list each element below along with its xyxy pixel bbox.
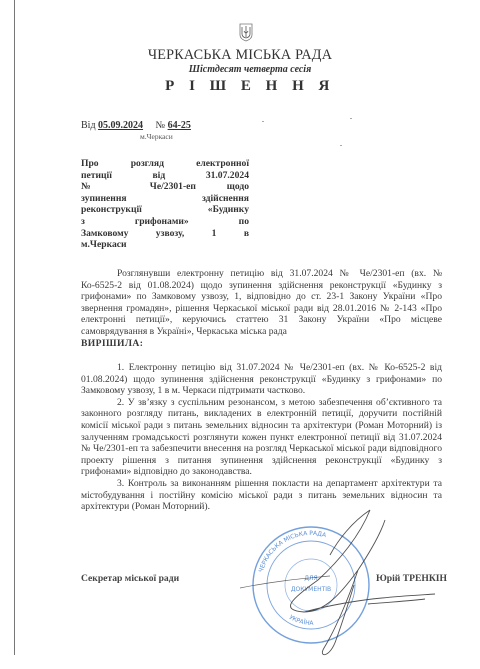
scan-edge-line [14, 0, 15, 655]
session-label: Шістдесят четверта сесія [0, 64, 480, 75]
subject-line: з грифонами» по [81, 216, 249, 228]
city-label: м.Черкаси [140, 132, 173, 141]
decision-number: 64-25 [168, 120, 191, 131]
decision-date: 05.09.2024 [98, 120, 143, 131]
subject-line: Про розгляд електронної [81, 158, 249, 170]
decision-item-2: 2. У зв’язку з суспільним резонансом, з … [81, 397, 442, 478]
number-prefix: № [156, 120, 166, 131]
decision-item-1: 1. Електронну петицію від 31.07.2024 № Ч… [81, 362, 442, 397]
dateline: Від 05.09.2024 № 64-25 [81, 120, 191, 131]
subject-line: м.Черкаси [81, 239, 249, 251]
subject-line: зупинення здійснення [81, 193, 249, 205]
preamble: Розглянувши електронну петицію від 31.07… [81, 268, 442, 349]
ukraine-trident-icon [239, 23, 253, 42]
council-name: ЧЕРКАСЬКА МІСЬКА РАДА [0, 47, 480, 64]
document-page: ЧЕРКАСЬКА МІСЬКА РАДА Шістдесят четверта… [0, 0, 480, 669]
subject-line: Замковому узвозу, 1 в [81, 228, 249, 240]
document-title: Р І Ш Е Н Н Я [0, 78, 480, 95]
preamble-text: Розглянувши електронну петицію від 31.07… [81, 268, 442, 338]
decided-heading: ВИРІШИЛА: [81, 338, 442, 350]
date-prefix: Від [81, 120, 96, 131]
scan-speck [350, 118, 352, 119]
subject-line: № Че/2301-еп щодо [81, 181, 249, 193]
decision-subject: Про розгляд електронної петиції від 31.0… [81, 158, 249, 251]
scan-speck [262, 121, 264, 122]
signatory-position: Секретар міської ради [81, 573, 179, 584]
handwritten-signature-icon [220, 500, 460, 660]
subject-line: реконструкції «Будинку [81, 204, 249, 216]
decision-items: 1. Електронну петицію від 31.07.2024 № Ч… [81, 362, 442, 513]
subject-line: петиції від 31.07.2024 [81, 170, 249, 182]
scan-speck [340, 145, 342, 146]
